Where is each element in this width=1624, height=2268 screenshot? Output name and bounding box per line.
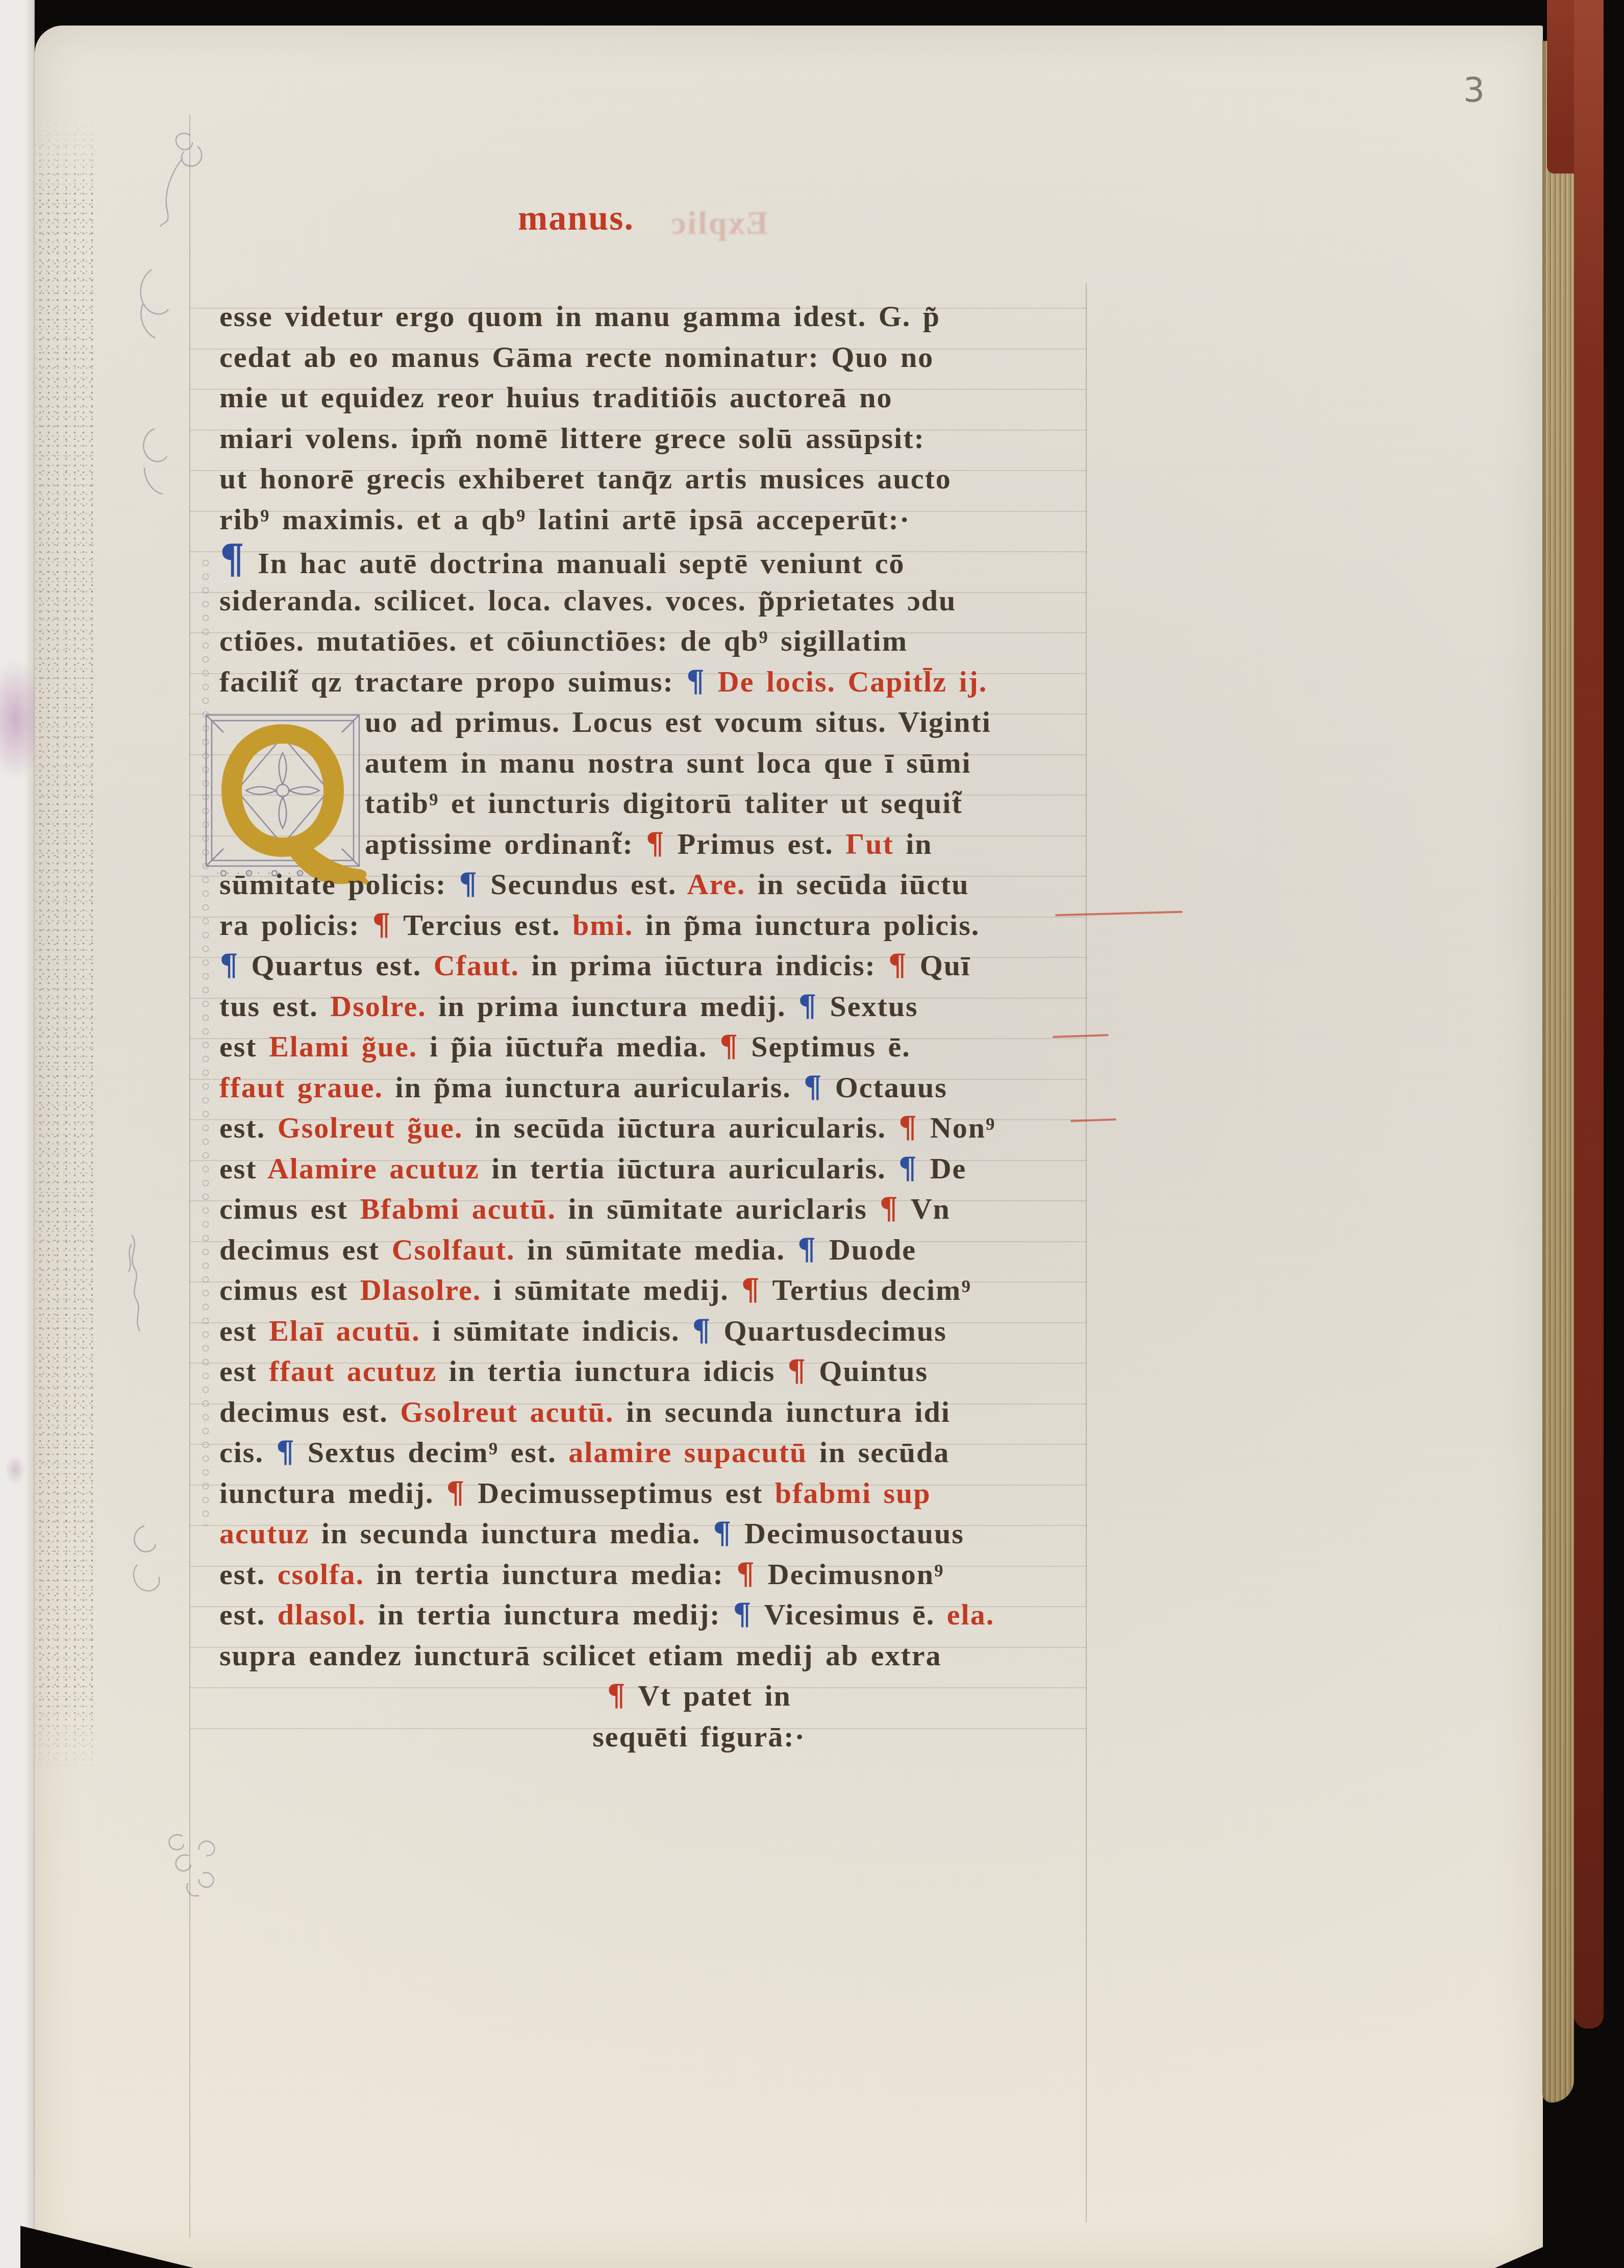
text-line: ffaut graue. in p̃ma iunctura auriculari… — [219, 1067, 1087, 1108]
ink-text: tus est. — [219, 990, 330, 1023]
text-line: aptissime ordinant̃: ¶ Primus est. Γut i… — [219, 824, 1087, 865]
ink-text: est — [219, 1030, 269, 1063]
rubric-text: ffaut acutuz — [269, 1354, 437, 1388]
ink-text: sideranda. scilicet. loca. claves. voces… — [219, 584, 956, 617]
ink-text: facilit̃ qz tractare propo suimus: — [219, 665, 686, 698]
text-line: ¶ In hac autē doctrina manuali septē ven… — [219, 539, 1087, 580]
ink-text: est — [219, 1152, 267, 1185]
rubric-text: ela. — [947, 1598, 994, 1631]
text-line: ¶ Vt patet in — [219, 1675, 1087, 1716]
ink-text: aptissime ordinant̃: — [365, 827, 645, 860]
text-line: tus est. Dsolre. in prima iunctura medij… — [219, 986, 1087, 1027]
text-line: rib⁹ maximis. et a qb⁹ latini artē ipsā … — [219, 499, 1087, 540]
manuscript-photo: manus. Explic 3 — [0, 0, 1624, 2268]
text-line: est. Gsolreut g̃ue. in secūda iūctura au… — [219, 1107, 1087, 1148]
ink-text: in sūmitate media. — [515, 1233, 797, 1266]
pilcrow-mark: ¶ — [798, 989, 818, 1023]
pilcrow-mark: ¶ — [879, 1191, 899, 1226]
ink-text: i sūmitate indicis. — [420, 1314, 692, 1347]
rubric-text: Γut — [845, 827, 893, 860]
text-line: mie ut equidez reor huius traditiōis auc… — [219, 377, 1087, 418]
text-line: sequēti figurā:· — [219, 1716, 1087, 1757]
ink-text: Decimusseptimus est — [466, 1476, 775, 1510]
pilcrow-mark: ¶ — [607, 1678, 627, 1713]
purple-stain-small — [5, 1455, 26, 1485]
ink-text: Sextus decim⁹ est. — [295, 1436, 568, 1469]
ink-text: in p̃ma iunctura policis. — [633, 908, 980, 942]
ink-text: Secundus est. — [479, 868, 687, 901]
ink-text: Duode — [817, 1233, 916, 1266]
text-line: ctiōes. mutatiōes. et cōiunctiōes: de qb… — [219, 621, 1087, 661]
ink-text: mie ut equidez reor huius traditiōis auc… — [219, 381, 893, 414]
show-through-text: Explic — [670, 204, 768, 242]
ink-text: est. — [219, 1598, 278, 1631]
pilcrow-mark: ¶ — [719, 1029, 739, 1064]
text-line: miari volens. ipm̃ nomē littere grece so… — [219, 418, 1087, 459]
ink-text: Quī — [908, 949, 970, 982]
ink-text: est — [219, 1354, 269, 1388]
text-line: est. csolfa. in tertia iunctura media: ¶… — [219, 1554, 1087, 1595]
text-line: acutuz in secunda iunctura media. ¶ Deci… — [219, 1513, 1087, 1554]
text-line: est. dlasol. in tertia iunctura medij: ¶… — [219, 1594, 1087, 1635]
text-line: est Alamire acutuz in tertia iūctura aur… — [219, 1148, 1087, 1189]
manuscript-page: manus. Explic 3 — [35, 26, 1543, 2268]
text-line: esse videtur ergo quom in manu gamma ide… — [219, 296, 1087, 337]
rubric-text: ffaut graue. — [219, 1071, 383, 1104]
rubric-text: alamire supacutū — [568, 1436, 807, 1469]
ink-text: supra eandez iuncturā scilicet etiam med… — [219, 1639, 942, 1672]
pilcrow-mark: ¶ — [686, 664, 706, 699]
pilcrow-mark: ¶ — [713, 1516, 733, 1550]
rubric-text: Gsolreut g̃ue. — [278, 1111, 463, 1144]
ink-text: in prima iunctura medij. — [427, 990, 798, 1023]
rubric-text: bfabmi sup — [775, 1476, 931, 1510]
ink-text: in secunda iunctura idi — [614, 1395, 951, 1428]
ink-text: cimus est — [219, 1273, 360, 1306]
ink-text: Octauus — [823, 1071, 947, 1104]
text-line: sūmitate policis: ¶ Secundus est. Are. i… — [219, 864, 1087, 905]
rubric-text: csolfa. — [278, 1558, 364, 1591]
ink-text: est. — [219, 1558, 278, 1591]
text-line: iunctura medij. ¶ Decimusseptimus est bf… — [219, 1473, 1087, 1514]
pilcrow-mark: ¶ — [372, 907, 392, 942]
pilcrow-mark: ¶ — [888, 948, 908, 982]
ink-text: Quintus — [807, 1354, 928, 1388]
pilcrow-mark: ¶ — [797, 1232, 817, 1267]
rubric-text: acutuz — [219, 1517, 309, 1550]
facing-page-edge — [0, 0, 35, 2268]
text-line: est Elami g̃ue. i p̃ia iūctur̃a media. ¶… — [219, 1026, 1087, 1067]
ink-text: in tertia iūctura auricularis. — [480, 1152, 898, 1185]
book-fore-edge — [1542, 41, 1574, 2103]
rubric-text: dlasol. — [278, 1598, 366, 1631]
ink-text: De — [918, 1152, 966, 1185]
ink-text: Quartusdecimus — [712, 1314, 947, 1347]
ink-text: in prima iūctura indicis: — [519, 949, 888, 982]
ink-text: Vicesimus ē. — [753, 1598, 947, 1631]
flourish-icon — [129, 1235, 140, 1331]
ink-text: Primus est. — [665, 827, 845, 860]
rubric-text: Dsolre. — [330, 990, 427, 1023]
ink-text: In hac autē doctrina manuali septē veniu… — [246, 547, 905, 580]
text-line: cimus est Bfabmi acutū. in sūmitate auri… — [219, 1189, 1087, 1229]
pilcrow-mark: ¶ — [898, 1110, 918, 1145]
ink-text: sequēti figurā:· — [592, 1720, 806, 1753]
ink-text: sūmitate policis: — [219, 868, 459, 901]
ink-text: Tercius est. — [392, 908, 572, 942]
text-line: est Elaī acutū. i sūmitate indicis. ¶ Qu… — [219, 1311, 1087, 1351]
text-line: sideranda. scilicet. loca. claves. voces… — [219, 580, 1087, 621]
ink-text: in tertia iunctura idicis — [437, 1354, 787, 1388]
ink-text: Non⁹ — [918, 1111, 995, 1144]
ink-text: tatib⁹ et iuncturis digitorū taliter ut … — [365, 786, 963, 820]
ink-text: Decimusnon⁹ — [756, 1558, 944, 1591]
ink-text: in sūmitate auriclaris — [556, 1192, 879, 1225]
ink-text: ut honorē grecis exhiberet tanq̄z artis … — [219, 462, 952, 495]
text-line: decimus est Csolfaut. in sūmitate media.… — [219, 1229, 1087, 1270]
ink-text: est — [219, 1314, 269, 1347]
pilcrow-mark: ¶ — [741, 1272, 761, 1307]
ink-text: Vn — [899, 1192, 951, 1225]
ink-text: miari volens. ipm̃ nomē littere grece so… — [219, 422, 925, 455]
text-line: tatib⁹ et iuncturis digitorū taliter ut … — [219, 783, 1087, 824]
pilcrow-mark: ¶ — [219, 536, 246, 583]
ink-text: Vt patet in — [627, 1679, 791, 1712]
text-line: facilit̃ qz tractare propo suimus: ¶ De … — [219, 661, 1087, 702]
ink-text: in secūda — [807, 1436, 950, 1469]
text-line: ra policis: ¶ Tercius est. bmi. in p̃ma … — [219, 905, 1087, 946]
text-line: ¶ Quartus est. Cfaut. in prima iūctura i… — [219, 945, 1087, 986]
ink-text: cedat ab eo manus Gāma recte nominatur: … — [219, 340, 934, 374]
pilcrow-mark: ¶ — [459, 867, 479, 901]
rubric-text: Alamire acutuz — [267, 1152, 480, 1185]
flourish-icon — [160, 133, 202, 227]
ink-text: rib⁹ maximis. et a qb⁹ latini artē ipsā … — [219, 503, 910, 536]
pilcrow-mark: ¶ — [219, 948, 239, 982]
text-line: decimus est. Gsolreut acutū. in secunda … — [219, 1392, 1087, 1433]
rubric-text: bmi. — [572, 908, 633, 942]
folio-number: 3 — [1463, 70, 1485, 110]
ink-text: ra policis: — [219, 908, 372, 942]
pilcrow-mark: ¶ — [787, 1353, 807, 1388]
ink-text: in secūda iūctura auricularis. — [463, 1111, 898, 1144]
leather-cover-edge — [1574, 0, 1604, 2029]
flourish-icon — [169, 1835, 214, 1896]
text-line: autem in manu nostra sunt loca que ī sūm… — [219, 743, 1087, 783]
ink-text: Decimusoctauus — [733, 1517, 964, 1550]
rubric-text: Are. — [687, 868, 746, 901]
ink-text: Tertius decim⁹ — [761, 1273, 971, 1306]
rubric-text: Csolfaut. — [392, 1233, 515, 1266]
ink-text: ctiōes. mutatiōes. et cōiunctiōes: de qb… — [219, 624, 908, 657]
flourish-icon — [143, 429, 167, 494]
rubric-text: Dlasolre. — [360, 1273, 482, 1306]
rubric-text: Cfaut. — [434, 949, 519, 982]
ink-text: Sextus — [818, 990, 918, 1023]
flourish-icon — [134, 1526, 159, 1591]
text-line: cedat ab eo manus Gāma recte nominatur: … — [219, 337, 1087, 378]
ink-text: autem in manu nostra sunt loca que ī sūm… — [365, 746, 971, 779]
flourish-icon — [141, 269, 168, 338]
pilcrow-mark: ¶ — [692, 1313, 712, 1348]
text-line: cimus est Dlasolre. i sūmitate medij. ¶ … — [219, 1270, 1087, 1311]
ink-text: Septimus ē. — [739, 1030, 911, 1063]
ink-text: cimus est — [219, 1192, 360, 1225]
text-line: est ffaut acutuz in tertia iunctura idic… — [219, 1351, 1087, 1392]
pilcrow-mark: ¶ — [446, 1475, 466, 1510]
ink-text: cis. — [219, 1436, 276, 1469]
ink-text: decimus est — [219, 1233, 392, 1266]
pilcrow-mark: ¶ — [898, 1151, 918, 1186]
ink-text: in — [894, 827, 933, 860]
text-block: esse videtur ergo quom in manu gamma ide… — [219, 296, 1087, 1757]
ink-text: i sūmitate medij. — [481, 1273, 741, 1306]
rubric-text: Gsolreut acutū. — [400, 1395, 614, 1428]
text-line: uo ad primus. Locus est vocum situs. Vig… — [219, 702, 1087, 743]
ink-text: Quartus est. — [239, 949, 434, 982]
pilcrow-mark: ¶ — [803, 1070, 823, 1104]
pilcrow-mark: ¶ — [276, 1435, 295, 1469]
ink-text: est. — [219, 1111, 278, 1144]
rubric-text: De locis. Capitl̄z ij. — [706, 665, 987, 698]
ink-text: iunctura medij. — [219, 1476, 446, 1510]
penwork-flourishes — [35, 26, 249, 1914]
ink-text: decimus est. — [219, 1395, 400, 1428]
text-line: ut honorē grecis exhiberet tanq̄z artis … — [219, 458, 1087, 499]
running-header: manus. — [518, 198, 634, 239]
ink-text: esse videtur ergo quom in manu gamma ide… — [219, 300, 940, 333]
pilcrow-mark: ¶ — [733, 1597, 753, 1632]
ink-text: in secūda iūctu — [745, 868, 969, 901]
pilcrow-mark: ¶ — [645, 826, 665, 861]
ink-text: uo ad primus. Locus est vocum situs. Vig… — [365, 705, 991, 738]
text-line: cis. ¶ Sextus decim⁹ est. alamire supacu… — [219, 1432, 1087, 1473]
ink-text: in p̃ma iunctura auricularis. — [383, 1071, 803, 1104]
ink-text: in secunda iunctura media. — [309, 1517, 712, 1550]
rubric-text: Elami g̃ue. — [269, 1030, 417, 1063]
rubric-text: Bfabmi acutū. — [360, 1192, 556, 1225]
ink-text: i p̃ia iūctur̃a media. — [417, 1030, 719, 1063]
background-right — [1604, 0, 1624, 2268]
rubric-text: Elaī acutū. — [269, 1314, 420, 1347]
pilcrow-mark: ¶ — [736, 1557, 756, 1591]
text-line: supra eandez iuncturā scilicet etiam med… — [219, 1635, 1087, 1676]
ink-text: in tertia iunctura media: — [364, 1558, 736, 1591]
ink-text: in tertia iunctura medij: — [366, 1598, 733, 1631]
